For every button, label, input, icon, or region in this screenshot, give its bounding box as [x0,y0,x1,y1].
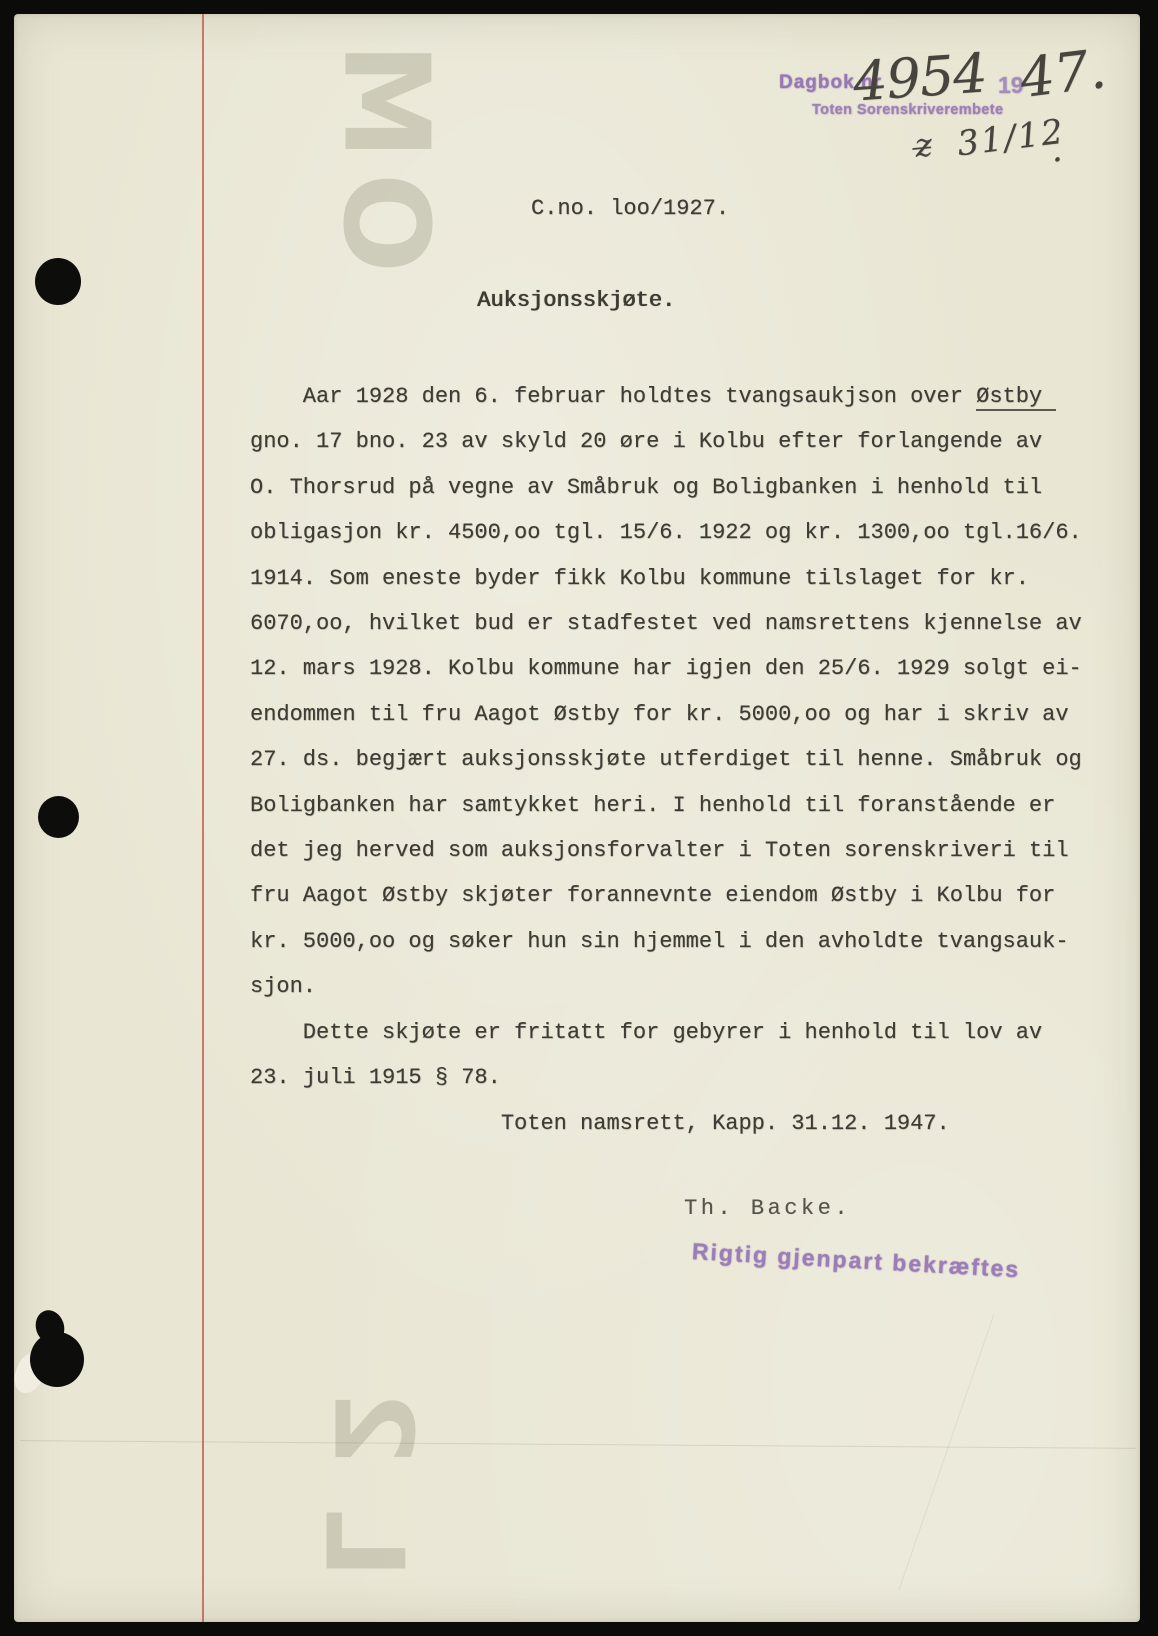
body-line: kr. 5000,oo og søker hun sin hjemmel i d… [250,919,1150,964]
scanned-document-page: { "doc": { "stamp_top": { "journal_label… [0,0,1158,1636]
body-line: sjon. [250,964,1150,1009]
body-line: O. Thorsrud på vegne av Småbruk og Bolig… [250,465,1150,510]
signature: Th. Backe. [684,1196,851,1221]
body-line: det jeg herved som auksjonsforvalter i T… [250,828,1150,873]
body-line: 23. juli 1915 § 78. [250,1055,1150,1100]
body-line: 6070,oo, hvilket bud er stadfestet ved n… [250,601,1150,646]
body-line: fru Aagot Østby skjøter forannevnte eien… [250,873,1150,918]
body-line: Boligbanken har samtykket heri. I henhol… [250,783,1150,828]
punch-hole-top [35,258,81,305]
date-period-handwritten: . [1052,130,1063,170]
body-line: 1914. Som eneste byder fikk Kolbu kommun… [250,556,1150,601]
body-line: endommen til fru Aagot Østby for kr. 500… [250,692,1150,737]
body-line: Toten namsrett, Kapp. 31.12. 1947. [250,1101,1150,1146]
page-title: Auksjonsskjøte. [477,288,675,313]
body-line: Dette skjøte er fritatt for gebyrer i he… [250,1010,1150,1055]
body-line: obligasjon kr. 4500,oo tgl. 15/6. 1922 o… [250,510,1150,555]
date-mark-handwritten: z̶ [913,125,933,164]
body-line: gno. 17 bno. 23 av skyld 20 øre i Kolbu … [250,419,1150,464]
year-handwritten: 47. [1016,37,1109,110]
office-stamp: Toten Sorenskriverembete [812,102,1003,118]
punch-hole-bottom [30,1332,84,1387]
punch-hole-middle [38,796,79,838]
body-line: 12. mars 1928. Kolbu kommune har igjen d… [250,646,1150,691]
margin-rule-line [202,14,204,1622]
body-line: 27. ds. begjært auksjonsskjøte utferdige… [250,737,1150,782]
body-line: Aar 1928 den 6. februar holdtes tvangsau… [250,374,1150,419]
case-number: C.no. loo/1927. [531,196,729,221]
document-body: Aar 1928 den 6. februar holdtes tvangsau… [250,374,1150,1146]
